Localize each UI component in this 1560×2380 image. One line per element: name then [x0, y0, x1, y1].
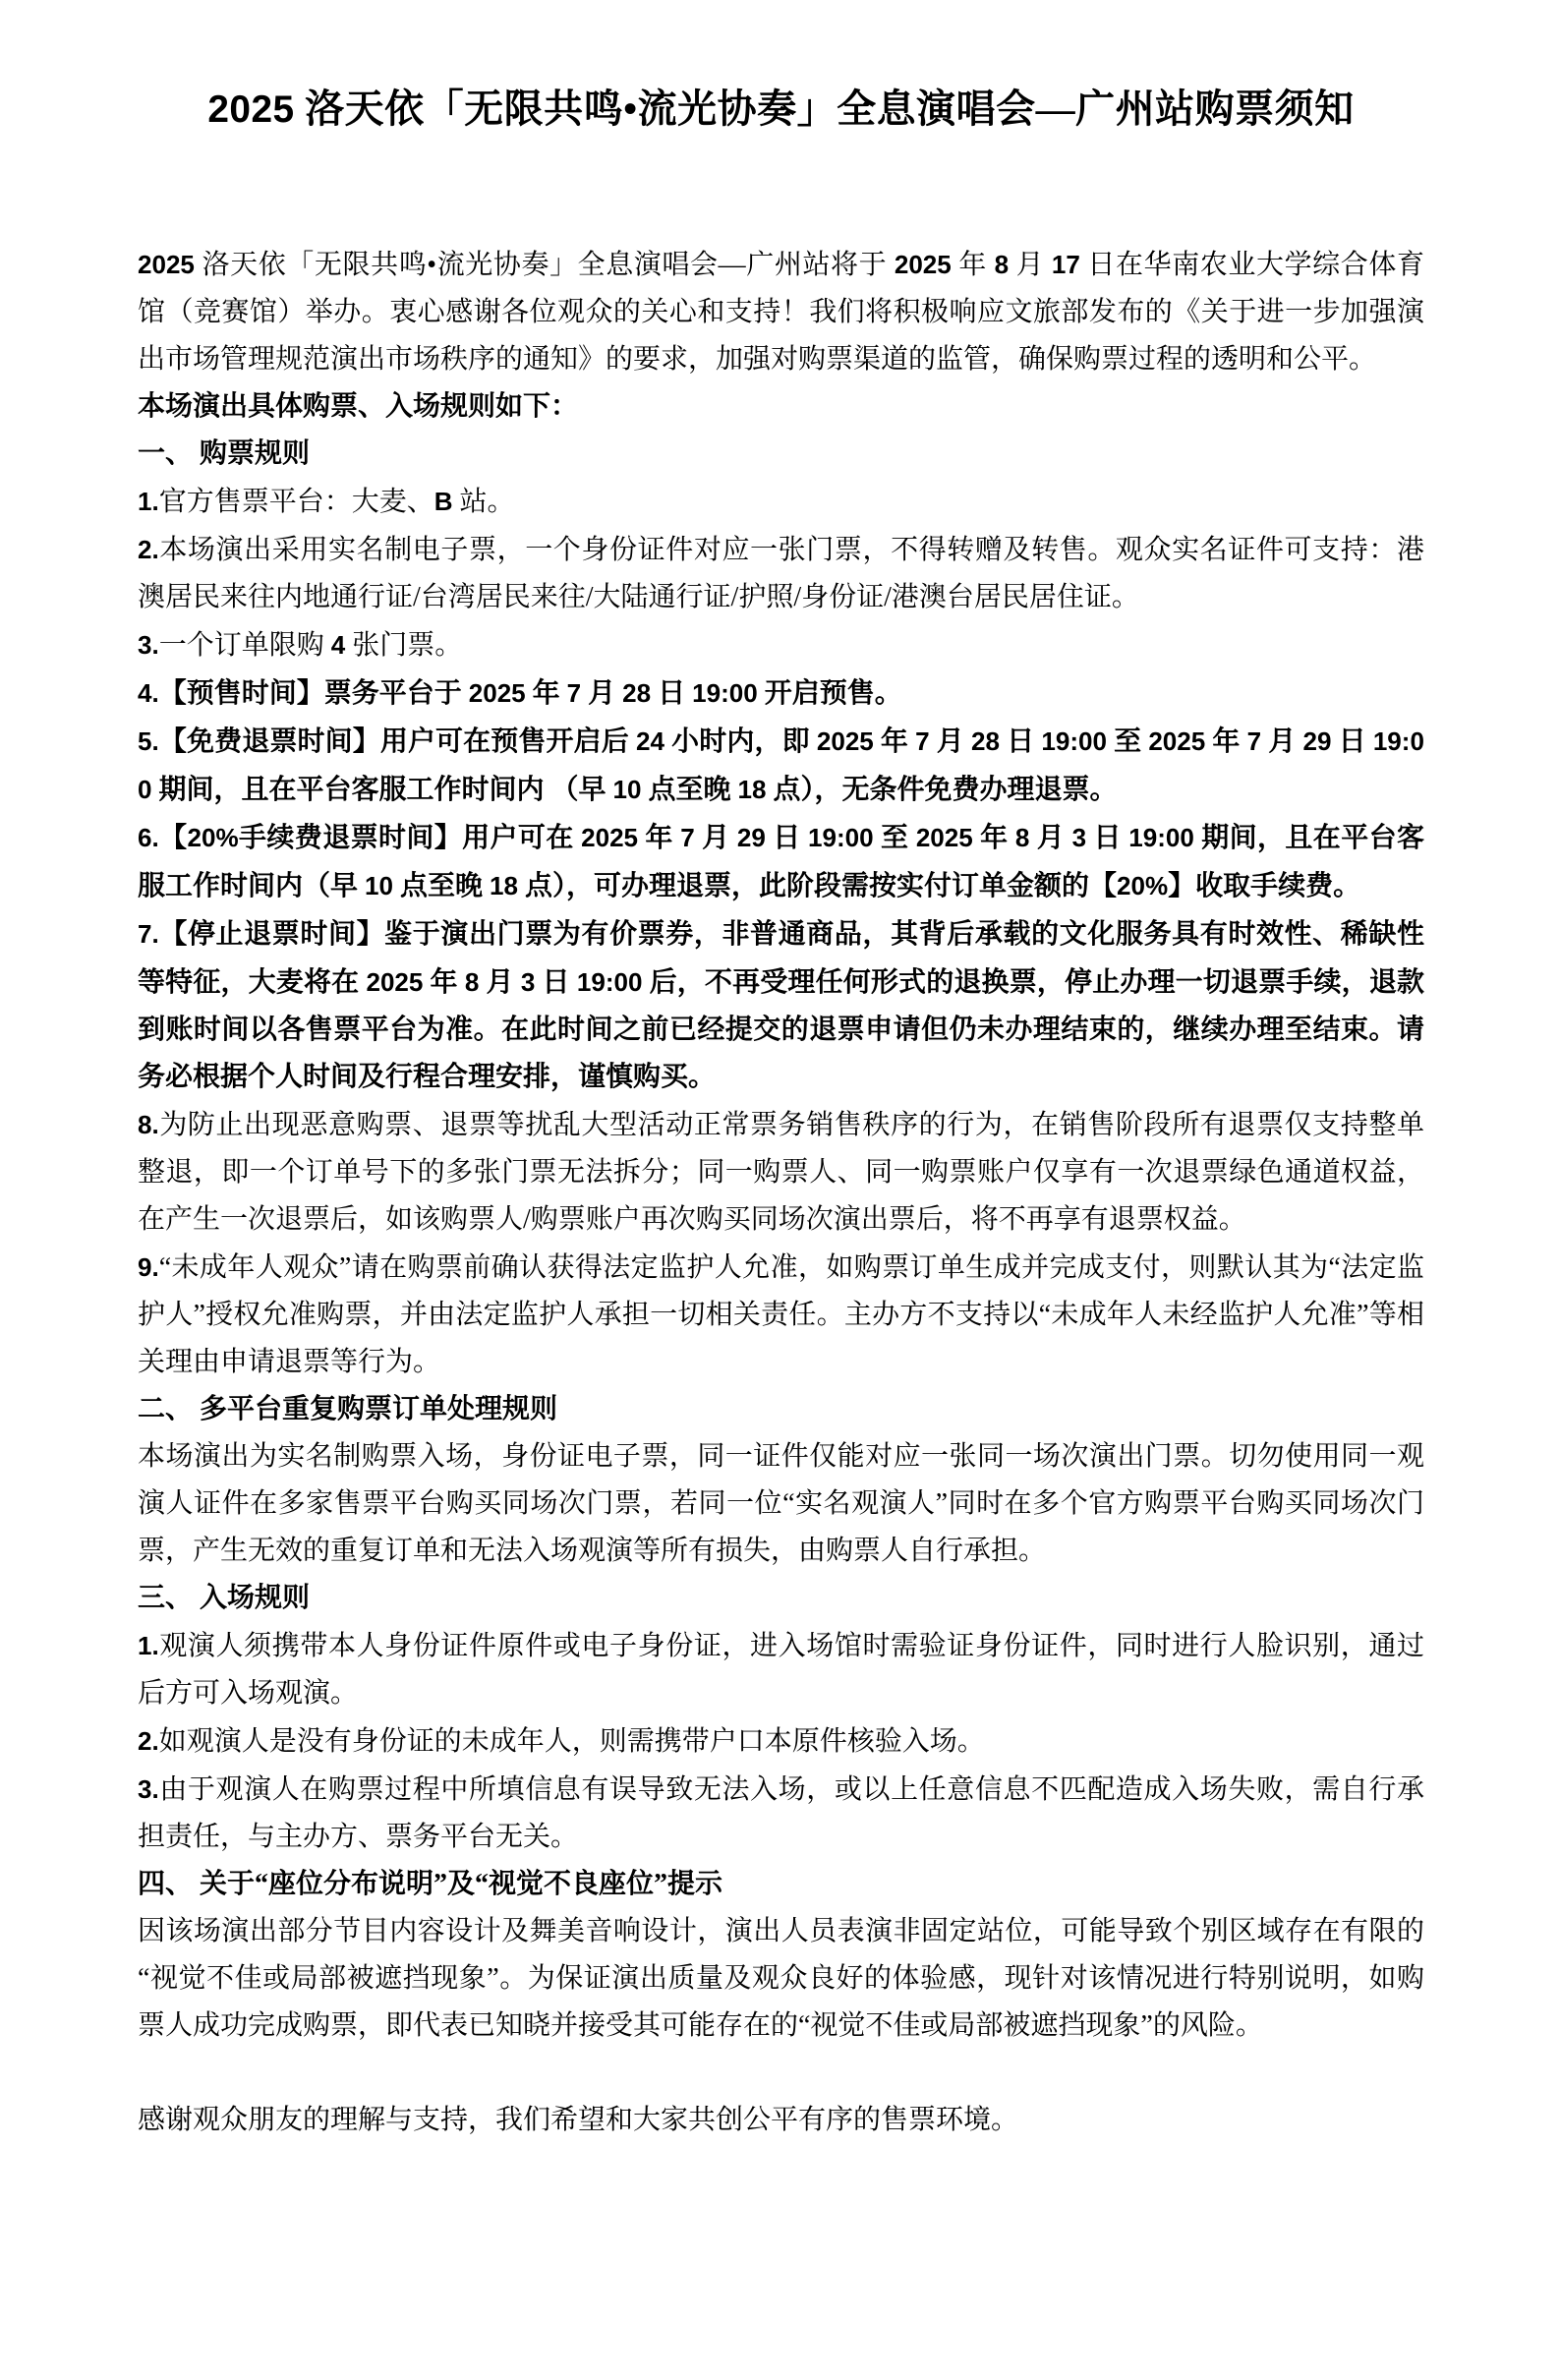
- document-body: 2025 洛天依「无限共鸣•流光协奏」全息演唱会—广州站将于 2025 年 8 …: [138, 241, 1424, 2144]
- document-title: 2025 洛天依「无限共鸣•流光协奏」全息演唱会—广州站购票须知: [138, 85, 1424, 135]
- rule-1-8: 8.为防止出现恶意购票、退票等扰乱大型活动正常票务销售秩序的行为，在销售阶段所有…: [138, 1101, 1424, 1244]
- rule-1-2: 2.本场演出采用实名制电子票，一个身份证件对应一张门票，不得转赠及转售。观众实名…: [138, 526, 1424, 621]
- section-4-body: 因该场演出部分节目内容设计及舞美音响设计，演出人员表演非固定站位，可能导致个别区…: [138, 1908, 1424, 2050]
- closing-paragraph: 感谢观众朋友的理解与支持，我们希望和大家共创公平有序的售票环境。: [138, 2097, 1424, 2144]
- rule-1-4: 4.【预售时间】票务平台于 2025 年 7 月 28 日 19:00 开启预售…: [138, 669, 1424, 718]
- section-3-heading: 三、 入场规则: [138, 1575, 1424, 1622]
- rule-1-7: 7.【停止退票时间】鉴于演出门票为有价票券，非普通商品，其背后承载的文化服务具有…: [138, 910, 1424, 1101]
- rule-3-2: 2.如观演人是没有身份证的未成年人，则需携带户口本原件核验入场。: [138, 1717, 1424, 1766]
- section-1-heading: 一、 购票规则: [138, 431, 1424, 478]
- rule-1-5: 5.【免费退票时间】用户可在预售开启后 24 小时内，即 2025 年 7 月 …: [138, 718, 1424, 814]
- rule-1-1: 1.官方售票平台：大麦、B 站。: [138, 478, 1424, 526]
- rule-3-1: 1.观演人须携带本人身份证件原件或电子身份证，进入场馆时需验证身份证件，同时进行…: [138, 1622, 1424, 1717]
- section-2-body: 本场演出为实名制购票入场，身份证电子票，同一证件仅能对应一张同一场次演出门票。切…: [138, 1433, 1424, 1575]
- rule-1-6: 6.【20%手续费退票时间】用户可在 2025 年 7 月 29 日 19:00…: [138, 814, 1424, 910]
- rule-1-3: 3.一个订单限购 4 张门票。: [138, 621, 1424, 669]
- intro-paragraph: 2025 洛天依「无限共鸣•流光协奏」全息演唱会—广州站将于 2025 年 8 …: [138, 241, 1424, 383]
- section-2-heading: 二、 多平台重复购票订单处理规则: [138, 1386, 1424, 1433]
- rule-1-9: 9.“未成年人观众”请在购票前确认获得法定监护人允准，如购票订单生成并完成支付，…: [138, 1244, 1424, 1386]
- section-4-heading: 四、 关于“座位分布说明”及“视觉不良座位”提示: [138, 1861, 1424, 1908]
- rules-lead: 本场演出具体购票、入场规则如下：: [138, 383, 1424, 431]
- document-page: 2025 洛天依「无限共鸣•流光协奏」全息演唱会—广州站购票须知 2025 洛天…: [0, 0, 1560, 2380]
- rule-3-3: 3.由于观演人在购票过程中所填信息有误导致无法入场，或以上任意信息不匹配造成入场…: [138, 1766, 1424, 1861]
